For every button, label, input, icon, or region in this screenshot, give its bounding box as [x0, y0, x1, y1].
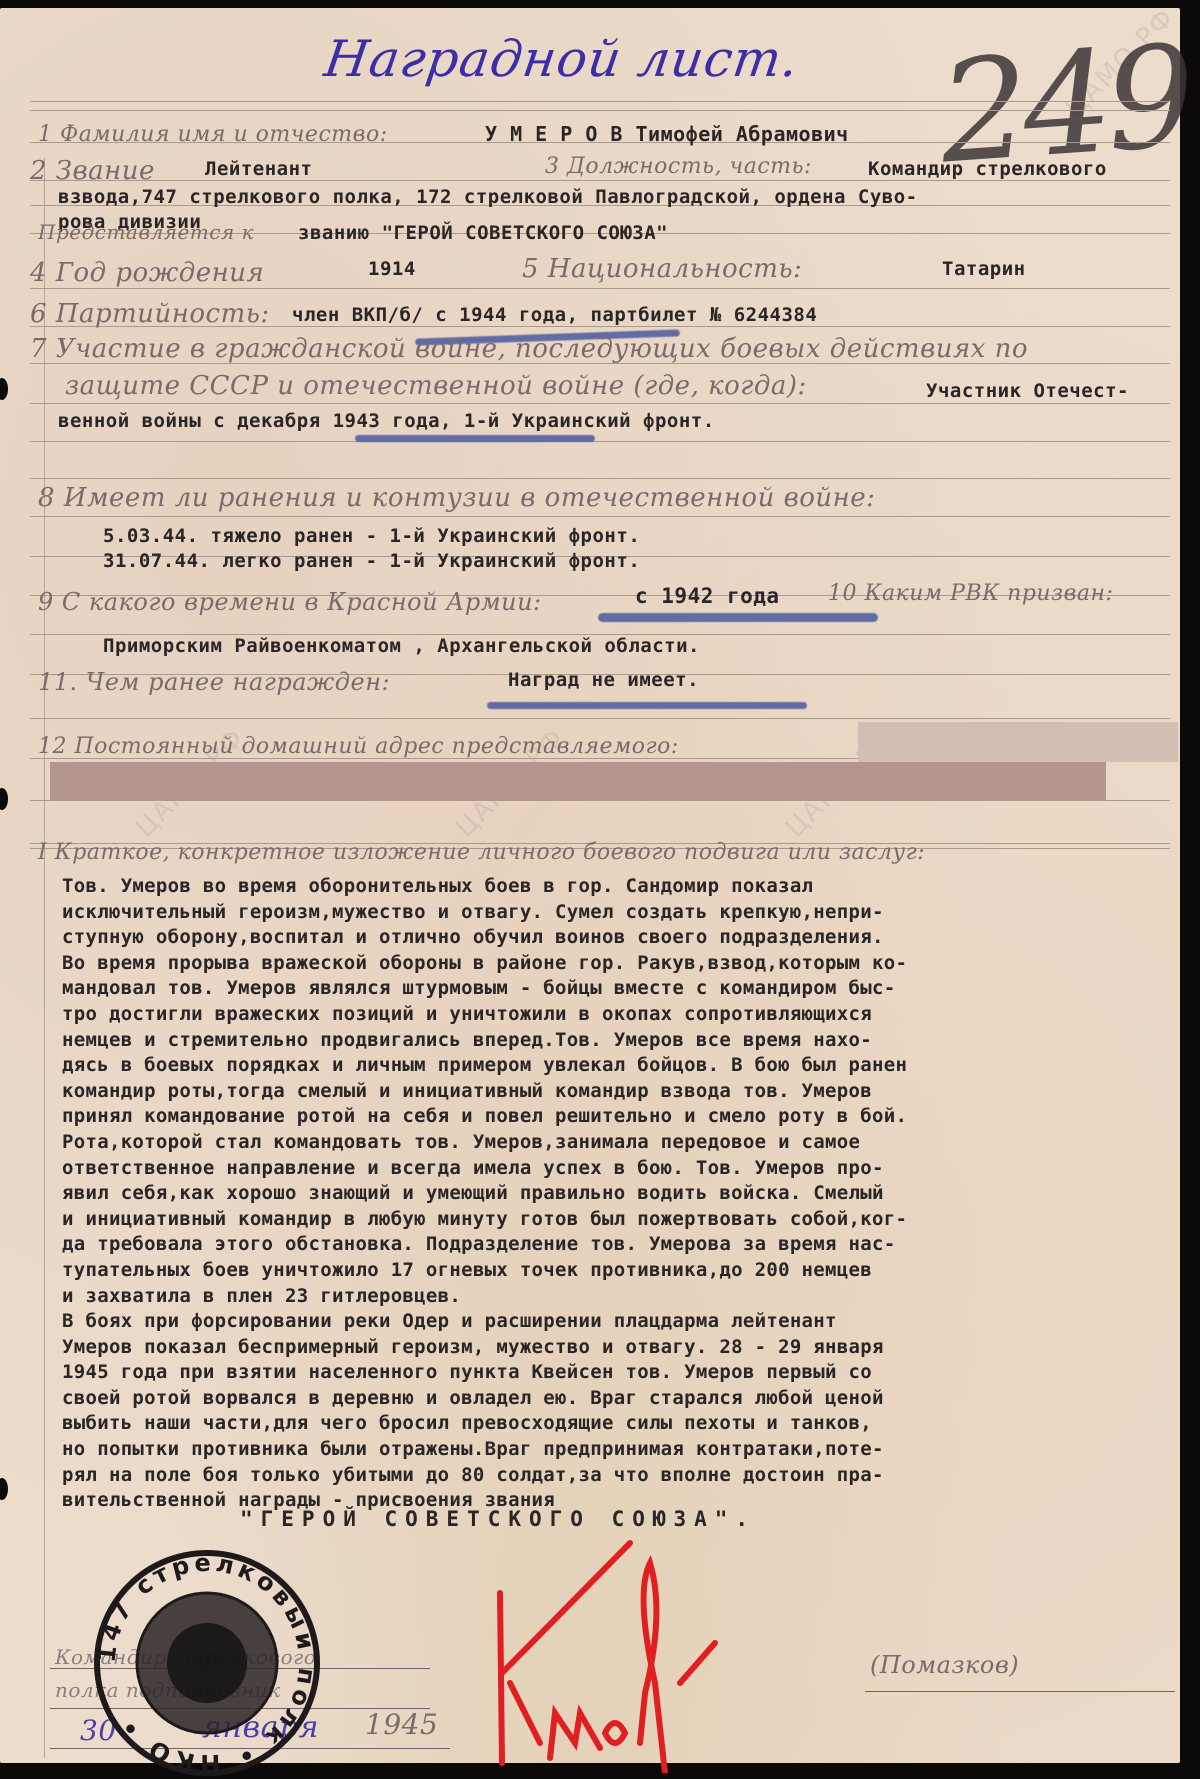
- blue-pencil-underline: [355, 435, 595, 442]
- narrative-text: Тов. Умеров во время оборонительных боев…: [62, 874, 1172, 1514]
- nominated-label: Представляется к: [38, 220, 254, 244]
- blue-pencil-underline: [598, 613, 878, 622]
- signature-line: [865, 1691, 1175, 1692]
- narrative-line: дясь в боевых порядках и личным примером…: [62, 1053, 1172, 1079]
- narrative-line: принял командование ротой на себя и пове…: [62, 1104, 1172, 1130]
- field-8-value: 5.03.44. тяжело ранен - 1-й Украинский ф…: [103, 525, 640, 547]
- field-5-value: Татарин: [942, 258, 1026, 280]
- field-12-label: 12 Постоянный домашний адрес представляе…: [38, 734, 679, 759]
- narrative-line: Рота,которой стал командовать тов. Умеро…: [62, 1130, 1172, 1156]
- narrative-line: тро достигли вражеских позиций и уничтож…: [62, 1002, 1172, 1028]
- punch-hole: [0, 788, 8, 810]
- margin-line: [44, 158, 45, 1758]
- field-7-value-cont: венной войны с декабря 1943 года, 1-й Ук…: [58, 410, 715, 432]
- field-10-value: Приморским Райвоенкоматом , Архангельско…: [103, 635, 700, 657]
- field-4-label: 4 Год рождения: [30, 258, 264, 288]
- narrative-line: тупательных боев уничтожило 17 огневых т…: [62, 1258, 1172, 1284]
- field-11-label: 11. Чем ранее награжден:: [38, 668, 390, 696]
- punch-hole: [0, 1478, 8, 1500]
- field-7-value: Участник Отечест-: [926, 380, 1129, 402]
- narrative-line: немцев и стремительно продвигались впере…: [62, 1028, 1172, 1054]
- closing-title: "ГЕРОЙ СОВЕТСКОГО СОЮЗА".: [240, 1507, 756, 1531]
- regiment-stamp-icon: 147 стрелковый полк • НКО •: [92, 1548, 322, 1778]
- field-5-label: 5 Национальность:: [522, 254, 802, 284]
- field-3-value: Командир стрелкового: [868, 158, 1107, 180]
- field-8-label: 8 Имеет ли ранения и контузии в отечеств…: [38, 483, 875, 513]
- narrative-line: В боях при форсировании реки Одер и расш…: [62, 1309, 1172, 1335]
- red-signature-icon: [490, 1533, 750, 1773]
- field-3-label: 3 Должность, часть:: [545, 154, 812, 179]
- award-sheet: ЦАМО РФ ЦАМО РФ ЦАМО РФ ЦАМО РФ Наградно…: [0, 8, 1180, 1763]
- narrative-line: Умеров показал беспримерный героизм, муж…: [62, 1335, 1172, 1361]
- narrative-line: и захватила в плен 23 гитлеровцев.: [62, 1284, 1172, 1310]
- field-7-label-cont: защите СССР и отечественной войне (где, …: [65, 371, 807, 401]
- narrative-line: но попытки противника были отражены.Враг…: [62, 1437, 1172, 1463]
- narrative-line: Во время прорыва вражеской обороны в рай…: [62, 951, 1172, 977]
- narrative-line: рял на поле боя только убитыми до 80 сол…: [62, 1463, 1172, 1489]
- narrative-line: ступную оборону,воспитал и отлично обучи…: [62, 925, 1172, 951]
- field-2-label: 2 Звание: [30, 156, 155, 186]
- field-1-value: У М Е Р О В Тимофей Абрамович: [485, 122, 849, 146]
- field-6-value: член ВКП/б/ с 1944 года, партбилет № 624…: [292, 304, 817, 326]
- date-year: 1945: [365, 1708, 438, 1741]
- narrative-line: своей ротой ворвался в деревню и овладел…: [62, 1386, 1172, 1412]
- field-2-value: Лейтенант: [205, 158, 312, 180]
- section-heading: I Краткое, конкретное изложение личного …: [38, 840, 925, 865]
- field-3-value-cont: взвода,747 стрелкового полка, 172 стрелк…: [58, 186, 918, 208]
- field-1-label: 1 Фамилия имя и отчество:: [38, 122, 388, 147]
- field-11-value: Наград не имеет.: [508, 669, 699, 691]
- narrative-line: и инициативный командир в любую минуту г…: [62, 1207, 1172, 1233]
- narrative-line: выбить наши части,для чего бросил превос…: [62, 1411, 1172, 1437]
- nominated-value: званию "ГЕРОЙ СОВЕТСКОГО СОЮЗА": [298, 222, 668, 244]
- narrative-line: исключительный героизм,мужество и отвагу…: [62, 900, 1172, 926]
- narrative-line: явил себя,как хорошо знающий и умеющий п…: [62, 1181, 1172, 1207]
- field-7-label: 7 Участие в гражданской войне, последующ…: [30, 334, 1028, 364]
- narrative-line: ответственное направление и всегда имела…: [62, 1156, 1172, 1182]
- redacted-address: [858, 722, 1178, 762]
- narrative-line: мандовал тов. Умеров являлся штурмовым -…: [62, 976, 1172, 1002]
- field-10-label: 10 Каким РВК призван:: [828, 581, 1113, 606]
- narrative-line: командир роты,тогда смелый и инициативны…: [62, 1079, 1172, 1105]
- redacted-address: [50, 762, 1106, 801]
- narrative-line: да требовала этого обстановка. Подраздел…: [62, 1232, 1172, 1258]
- blue-pencil-underline: [487, 702, 807, 709]
- narrative-line: 1945 года при взятии населенного пункта …: [62, 1360, 1172, 1386]
- signatory-name: (Помазков): [870, 1651, 1019, 1679]
- field-4-value: 1914: [368, 258, 416, 280]
- field-9-value: с 1942 года: [635, 584, 780, 608]
- field-8-value: 31.07.44. легко ранен - 1-й Украинский ф…: [103, 550, 640, 572]
- narrative-line: Тов. Умеров во время оборонительных боев…: [62, 874, 1172, 900]
- field-9-label: 9 С какого времени в Красной Армии:: [38, 588, 542, 616]
- field-6-label: 6 Партийность:: [30, 299, 270, 329]
- punch-hole: [0, 378, 8, 400]
- document-title: Наградной лист.: [321, 30, 803, 88]
